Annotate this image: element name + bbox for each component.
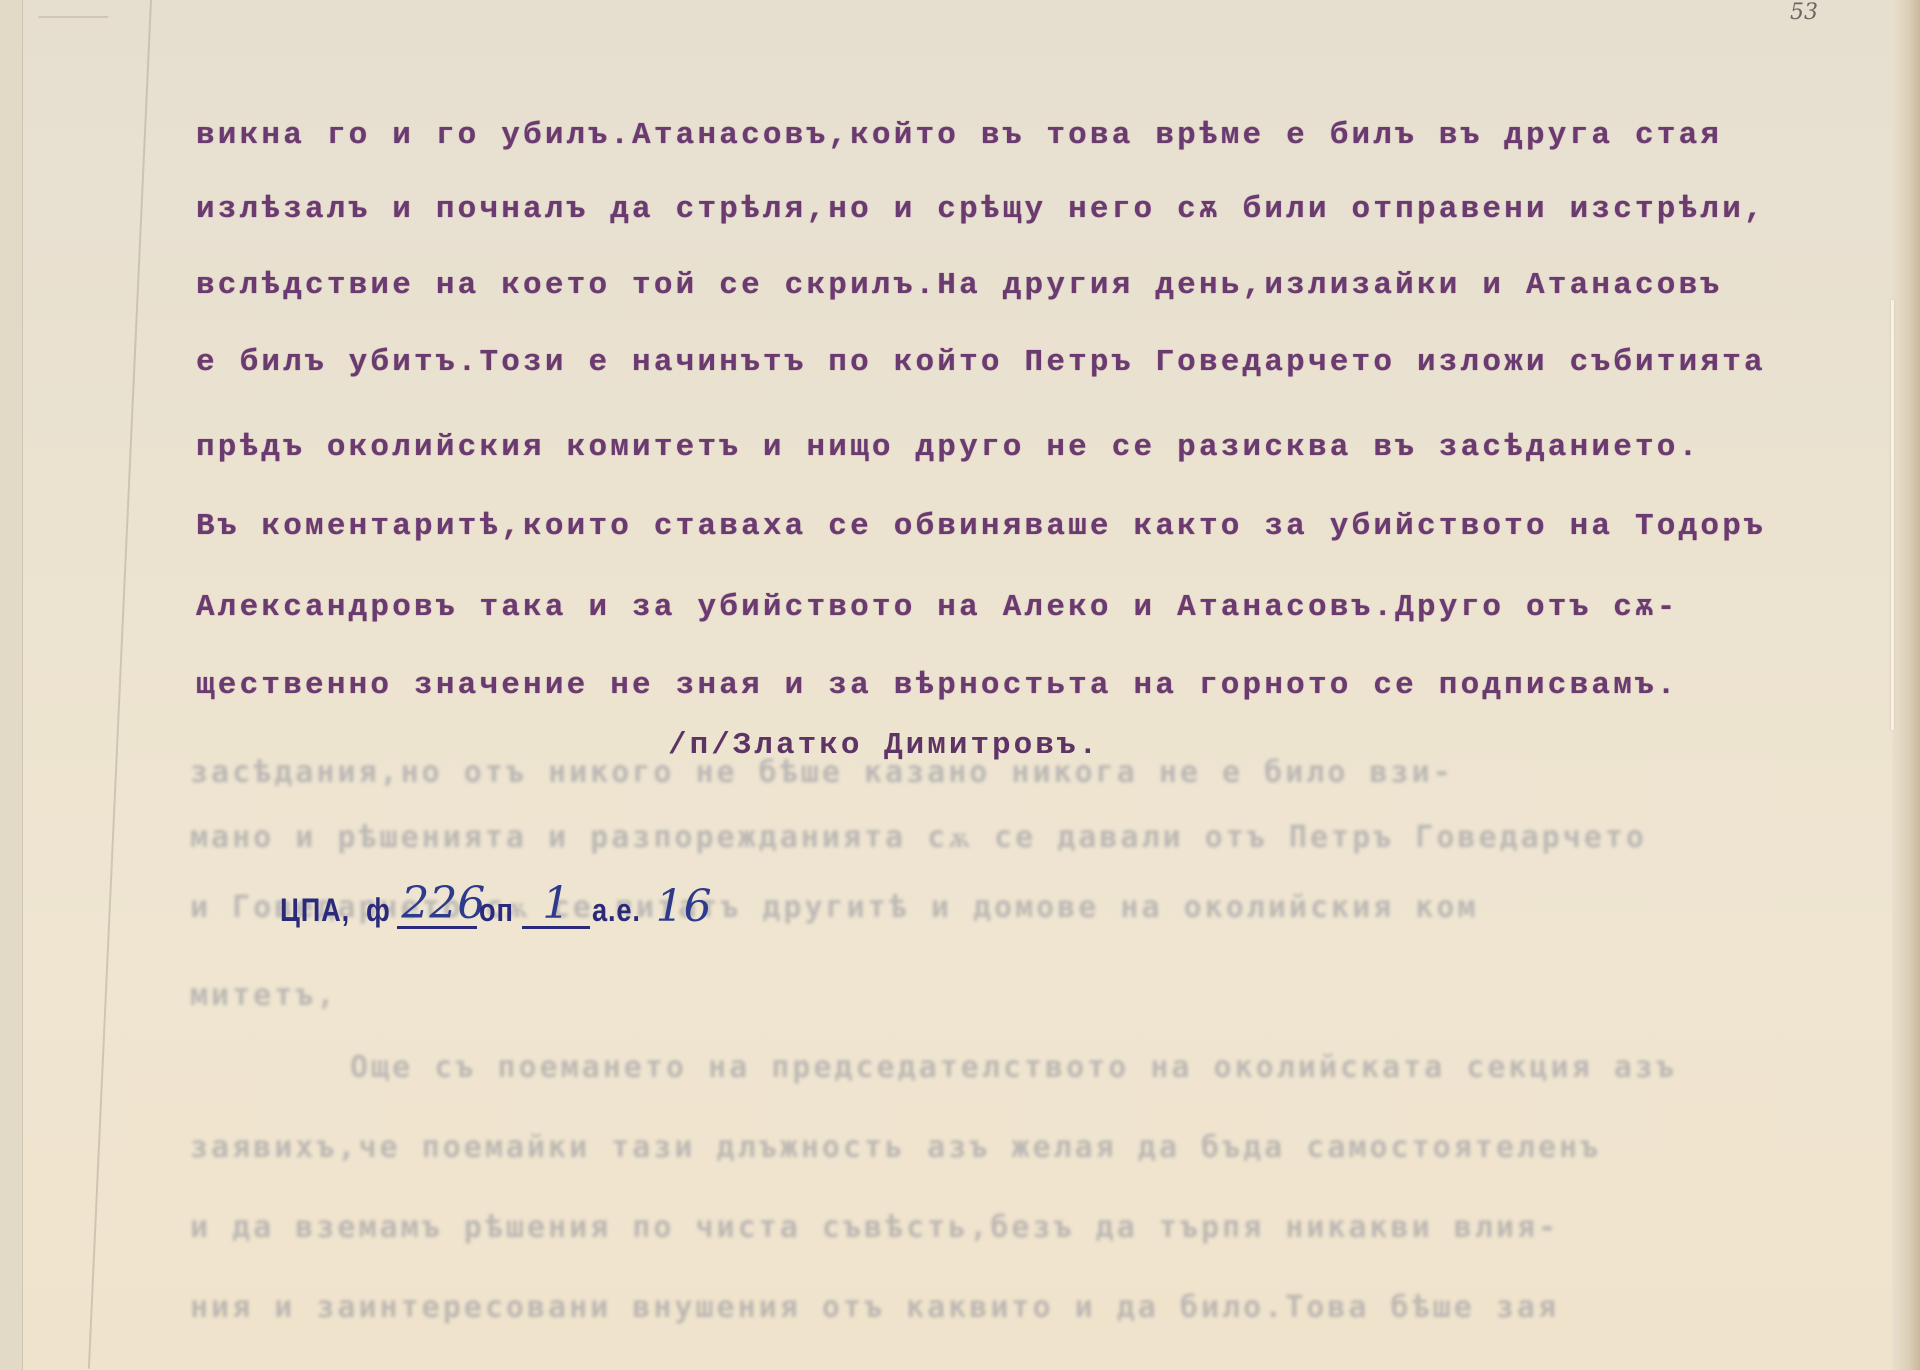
bleed-through-line: заявихъ,че поемайки тази длъжность азъ ж…: [190, 1130, 1750, 1165]
archive-reference-stamp: ЦПА, ф 226 оп 1 а.е. 16: [280, 884, 718, 929]
typed-line: прѣдъ околийския комитетъ и нищо друго н…: [196, 430, 1896, 465]
underlying-sheet-edge: [0, 0, 23, 1370]
document-scan: 53 засѣдания,но отъ никого не бѣше казан…: [0, 0, 1920, 1370]
typed-line: викна го и го убилъ.Атанасовъ,който въ т…: [196, 118, 1896, 153]
paper-fold-mark: [37, 0, 122, 18]
page-number: 53: [1790, 0, 1818, 25]
margin-crease-line: [88, 0, 152, 1369]
bleed-through-line: ния и заинтересовани внушения отъ каквит…: [190, 1290, 1750, 1325]
bleed-through-line: митетъ,: [190, 978, 1750, 1013]
opis-number: 1: [522, 884, 590, 929]
typed-line: е билъ убитъ.Този е начинътъ по който Пе…: [196, 345, 1896, 380]
bleed-through-line: и да вземамъ рѣшения по чиста съвѣсть,бе…: [190, 1210, 1750, 1245]
signature-line: /п/Златко Димитровъ.: [668, 728, 1100, 763]
bleed-through-line: Още съ поемането на председателството на…: [190, 1050, 1910, 1085]
fond-number: 226: [397, 884, 477, 929]
page-right-edge: [1892, 0, 1920, 1370]
archive-name: ЦПА,: [280, 892, 350, 929]
typed-line: Александровъ така и за убийството на Але…: [196, 590, 1896, 625]
typed-line: щественно значение не зная и за вѣрность…: [196, 668, 1896, 703]
unit-number: 16: [652, 887, 716, 929]
typed-line: вслѣдствие на което той се скрилъ.На дру…: [196, 268, 1896, 303]
bleed-through-line: мано и рѣшенията и разпорежданията сѫ се…: [190, 820, 1750, 855]
unit-label: а.е.: [592, 892, 641, 929]
typed-line: Въ коментаритѣ,които ставаха се обвинява…: [196, 509, 1896, 544]
typed-line: излѣзалъ и почналъ да стрѣля,но и срѣщу …: [196, 192, 1896, 227]
fond-label: ф: [366, 892, 391, 929]
opis-label: оп: [479, 892, 514, 929]
